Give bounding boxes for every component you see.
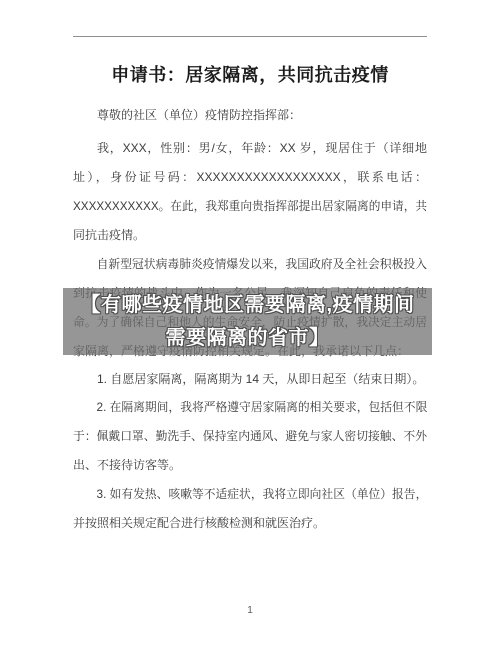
paragraph: 3. 如有发热、咳嗽等不适症状，我将立即向社区（单位）报告，并按照相关规定配合进…: [73, 480, 427, 538]
text-line: 并按照相关规定配合进行核酸检测和就医治疗。: [73, 509, 427, 538]
text-line: 2. 在隔离期间，我将严格遵守居家隔离的相关要求，包括但不限: [73, 393, 420, 422]
watermark-overlay: 【有哪些疫情地区需要隔离,疫情期间 需要隔离的省市】: [63, 288, 432, 355]
watermark-text-line1: 【有哪些疫情地区需要隔离,疫情期间: [63, 289, 432, 322]
text-line: XXXXXXXXXXX。在此，我郑重向贵指挥部提出居家隔离的申请，共: [73, 192, 417, 221]
text-line: 址），身份证号码：XXXXXXXXXXXXXXXXXX，联系电话：: [73, 163, 427, 192]
paragraph: 我，XXX，性别：男/女，年龄：XX 岁，现居住于（详细地址），身份证号码：XX…: [73, 134, 427, 250]
paragraph: 1. 自愿居家隔离，隔离期为 14 天，从即日起至（结束日期）。: [73, 365, 427, 394]
paragraph: 2. 在隔离期间，我将严格遵守居家隔离的相关要求，包括但不限于：佩戴口罩、勤洗手…: [73, 393, 427, 480]
text-line: 3. 如有发热、咳嗽等不适症状，我将立即向社区（单位）报告，: [73, 480, 420, 509]
text-line: 我，XXX，性别：男/女，年龄：XX 岁，现居住于（详细地: [73, 134, 427, 163]
text-line: 自新型冠状病毒肺炎疫情爆发以来，我国政府及全社会积极投入: [73, 250, 421, 279]
watermark-text-line2: 需要隔离的省市】: [63, 322, 432, 355]
page-number: 1: [0, 605, 500, 616]
text-line: 尊敬的社区（单位）疫情防控指挥部：: [73, 101, 427, 130]
header-divider: [73, 36, 427, 37]
paragraph: 尊敬的社区（单位）疫情防控指挥部：: [73, 101, 427, 130]
document-title: 申请书：居家隔离，共同抗击疫情: [0, 61, 500, 87]
text-line: 同抗击疫情。: [73, 221, 427, 250]
text-line: 1. 自愿居家隔离，隔离期为 14 天，从即日起至（结束日期）。: [73, 365, 427, 394]
text-line: 出、不接待访客等。: [73, 451, 427, 480]
document-page: 申请书：居家隔离，共同抗击疫情 尊敬的社区（单位）疫情防控指挥部：我，XXX，性…: [0, 0, 500, 647]
text-line: 于：佩戴口罩、勤洗手、保持室内通风、避免与家人密切接触、不外: [73, 422, 421, 451]
